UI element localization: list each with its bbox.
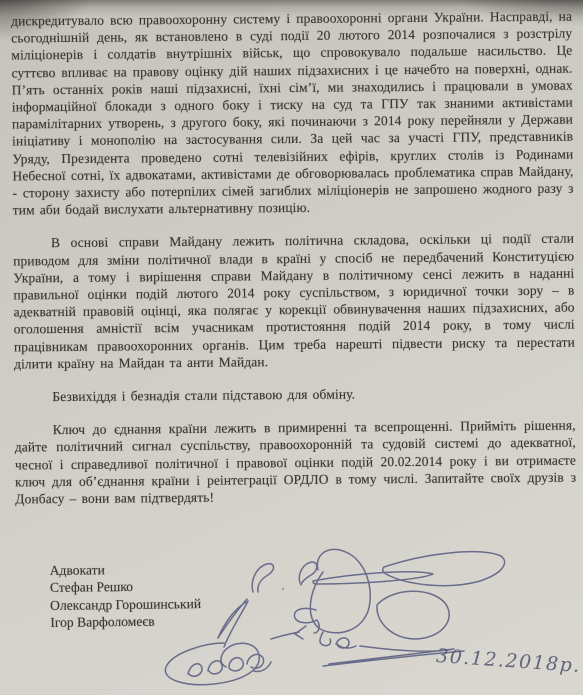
signature-right-bar bbox=[313, 572, 433, 584]
letter-body: дискредитувало всю правоохоронну систему… bbox=[11, 8, 576, 524]
signature-left-oval bbox=[165, 643, 259, 685]
signature-right-cigar bbox=[383, 552, 505, 586]
signature-right-hook bbox=[294, 608, 319, 633]
paragraph-1: дискредитувало всю правоохоронну систему… bbox=[11, 8, 574, 219]
paragraph-2: В основі справи Майдану лежить політична… bbox=[13, 230, 575, 373]
flourish-mark bbox=[252, 564, 273, 592]
arrow-mark bbox=[295, 626, 306, 639]
signature-right-initial bbox=[299, 562, 316, 585]
signature-left-letters bbox=[188, 664, 202, 676]
ink-dot bbox=[282, 588, 284, 590]
scanned-letter-page: дискредитувало всю правоохоронну систему… bbox=[0, 0, 583, 695]
signature-right-loop bbox=[377, 591, 449, 639]
signature-right-eloops bbox=[336, 638, 356, 648]
paragraph-3: Безвихіддя і безнадія стали підставою дл… bbox=[14, 384, 575, 406]
signature-right-step bbox=[320, 632, 331, 646]
paragraph-4: Ключ до єднання країни лежить в примирен… bbox=[15, 417, 577, 508]
signature-left-stem bbox=[218, 601, 248, 647]
dash-mark bbox=[271, 632, 299, 639]
signature-right-balloon bbox=[310, 549, 370, 632]
